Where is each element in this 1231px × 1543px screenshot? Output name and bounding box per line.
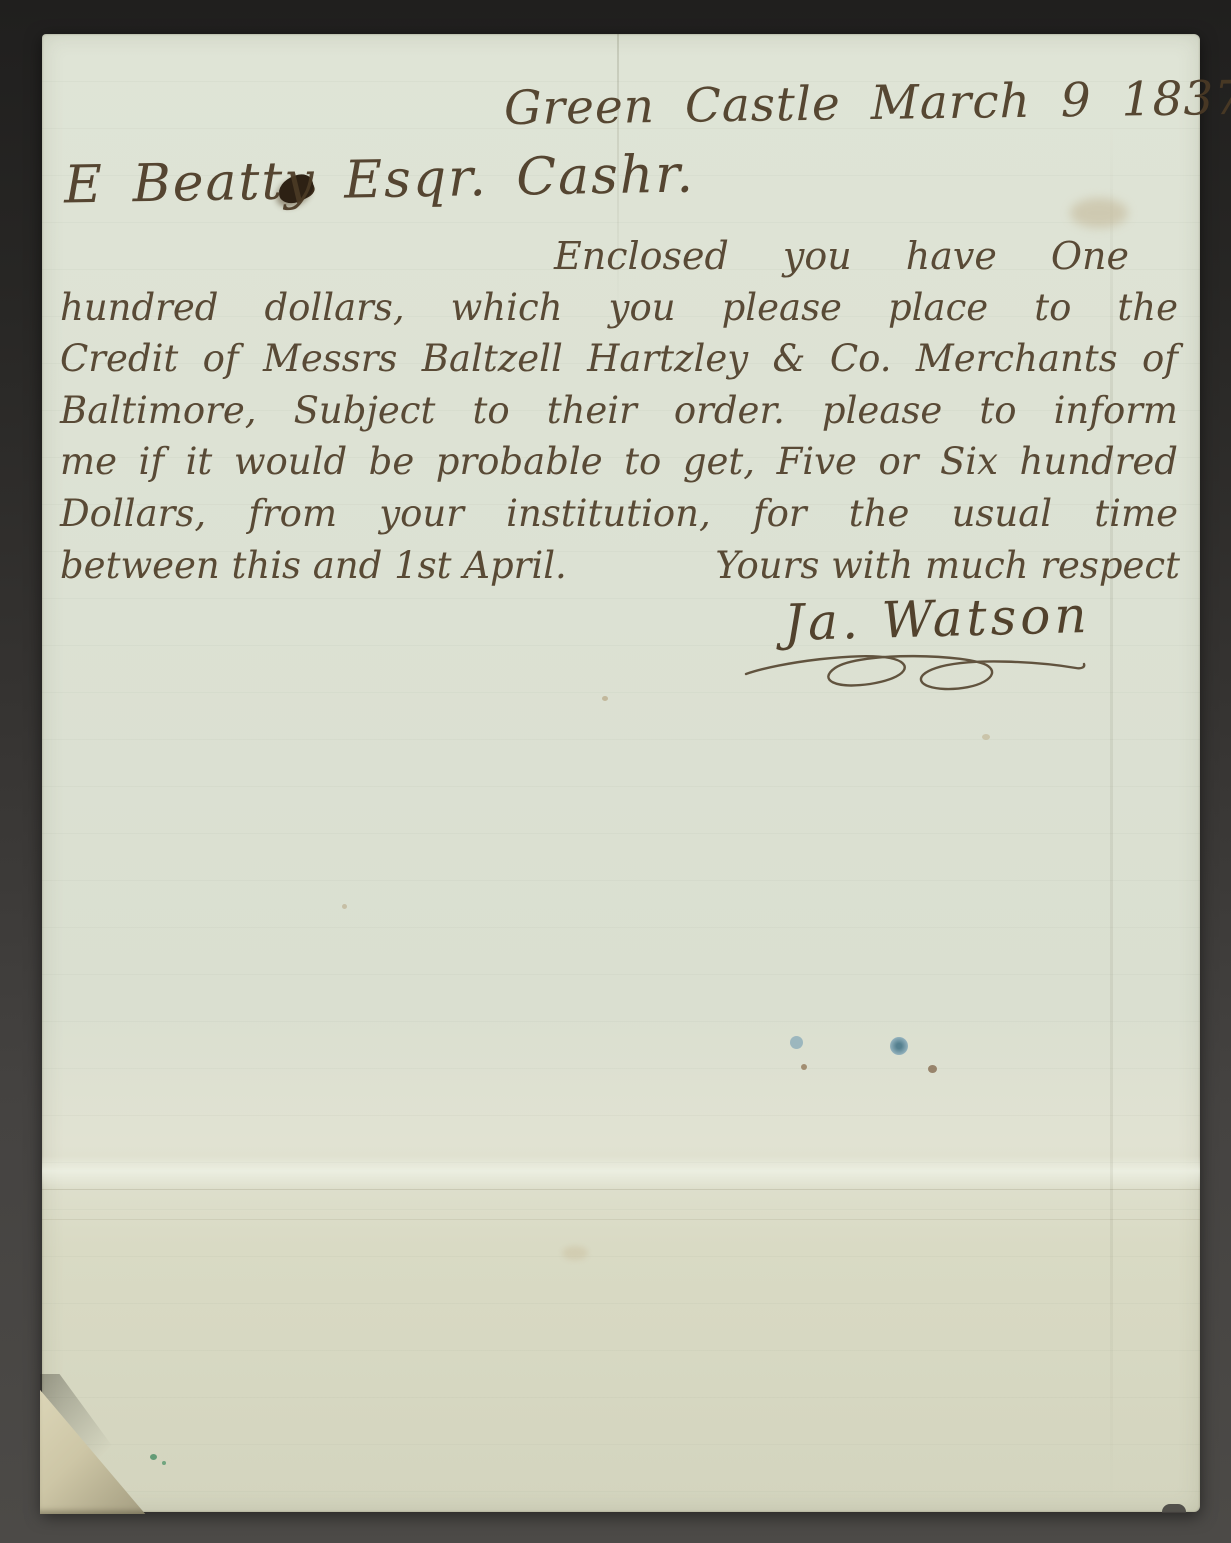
foxing-speck <box>801 1064 807 1070</box>
letter-paper: Green Castle March 9 1837 E Beatty Esqr.… <box>42 34 1200 1512</box>
letter-salutation: E Beatty Esqr. Cashr. <box>64 144 696 215</box>
letter-body-line: between this and 1st April. <box>60 544 567 587</box>
letter-body-line: hundred dollars, which you please place … <box>60 286 1178 329</box>
foxing-speck <box>982 734 990 740</box>
foxing-speck <box>928 1065 937 1073</box>
green-stain <box>162 1461 166 1465</box>
letter-body-line: Credit of Messrs Baltzell Hartzley & Co.… <box>60 337 1178 380</box>
blue-ink-spot <box>790 1036 803 1049</box>
foxing-speck <box>342 904 347 909</box>
paper-edge-notch <box>1162 1504 1186 1513</box>
horizontal-fold-crease-2 <box>42 1219 1200 1220</box>
signature-flourish-icon <box>740 644 1090 702</box>
green-stain <box>150 1454 157 1460</box>
letter-closing: Yours with much respect <box>715 544 1180 587</box>
brown-smudge-stain <box>1070 198 1128 228</box>
letter-body-line: me if it would be probable to get, Five … <box>60 440 1178 483</box>
blue-ink-spot <box>890 1037 908 1055</box>
foxing-speck <box>602 696 608 701</box>
letter-last-line: between this and 1st April. Yours with m… <box>60 544 1180 587</box>
photo-backdrop: Green Castle March 9 1837 E Beatty Esqr.… <box>0 0 1231 1543</box>
horizontal-fold-crease <box>42 1156 1200 1190</box>
letter-body-line: Baltimore, Subject to their order. pleas… <box>60 389 1178 432</box>
letter-body-line: Enclosed you have One <box>554 234 1129 278</box>
letter-dateline: Green Castle March 9 1837 <box>504 71 1231 136</box>
vertical-fold-crease-2 <box>1110 124 1113 1504</box>
foxing-stain <box>562 1246 588 1260</box>
letter-signature: Ja. Watson <box>783 586 1091 652</box>
letter-body-line: Dollars, from your institution, for the … <box>60 492 1178 535</box>
